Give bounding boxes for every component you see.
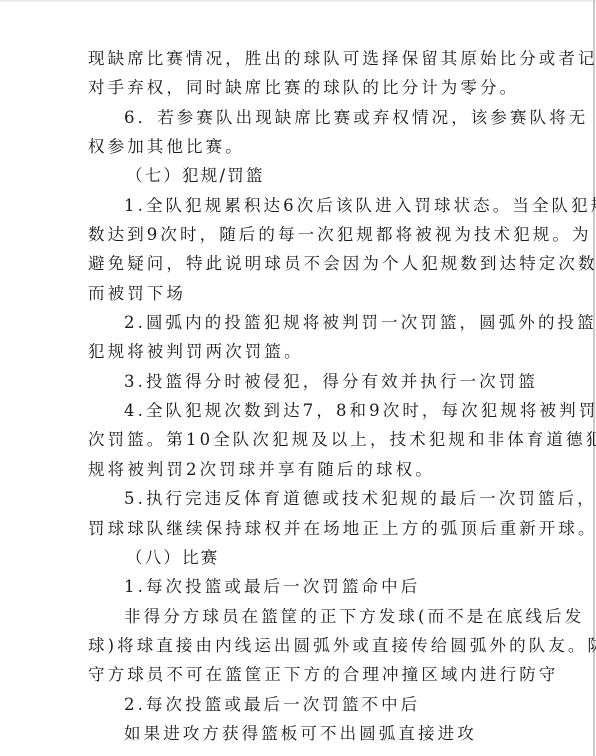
paragraph-line: 而被罚下场: [88, 279, 508, 308]
paragraph-line: 1.全队犯规累积达6次后该队进入罚球状态。当全队犯规: [88, 191, 508, 220]
paragraph-line: 规将被判罚2次罚球并享有随后的球权。: [88, 455, 508, 484]
section-heading-game: （八）比赛: [88, 543, 508, 572]
paragraph-line: 球)将球直接由内线运出圆弧外或直接传给圆弧外的队友。防: [88, 631, 508, 660]
paragraph-line: 权参加其他比赛。: [88, 132, 508, 161]
viewer-top-edge: [0, 0, 596, 3]
paragraph-line: 避免疑问，特此说明球员不会因为个人犯规数到达特定次数: [88, 249, 508, 278]
paragraph-line: 5.执行完违反体育道德或技术犯规的最后一次罚篮后，: [88, 484, 508, 513]
paragraph-line: 守方球员不可在篮筐正下方的合理冲撞区域内进行防守: [88, 660, 508, 689]
paragraph-line: 4.全队犯规次数到达7，8和9次时，每次犯规将被判罚2: [88, 396, 508, 425]
section-heading-fouls: （七）犯规/罚篮: [88, 161, 508, 190]
paragraph-line: 2.每次投篮或最后一次罚篮不中后: [88, 690, 508, 719]
paragraph-line: 数达到9次时，随后的每一次犯规都将被视为技术犯规。为: [88, 220, 508, 249]
paragraph-line: 现缺席比赛情况，胜出的球队可选择保留其原始比分或者记: [88, 44, 508, 73]
paragraph-line: 非得分方球员在篮筐的正下方发球(而不是在底线后发: [88, 602, 508, 631]
paragraph-line: 如果进攻方获得篮板可不出圆弧直接进攻: [88, 719, 508, 748]
paragraph-line: 3.投篮得分时被侵犯，得分有效并执行一次罚篮: [88, 367, 508, 396]
paragraph-line: 2.圆弧内的投篮犯规将被判罚一次罚篮，圆弧外的投篮: [88, 308, 508, 337]
paragraph-line: 罚球球队继续保持球权并在场地正上方的弧顶后重新开球。: [88, 514, 508, 543]
paragraph-line: 1.每次投篮或最后一次罚篮命中后: [88, 572, 508, 601]
paragraph-line: 对手弃权，同时缺席比赛的球队的比分计为零分。: [88, 73, 508, 102]
document-page: 现缺席比赛情况，胜出的球队可选择保留其原始比分或者记 对手弃权，同时缺席比赛的球…: [88, 44, 508, 748]
paragraph-line: 次罚篮。第10全队次犯规及以上，技术犯规和非体育道德犯: [88, 425, 508, 454]
paragraph-line: 犯规将被判罚两次罚篮。: [88, 337, 508, 366]
paragraph-line: 6．若参赛队出现缺席比赛或弃权情况，该参赛队将无: [88, 103, 508, 132]
